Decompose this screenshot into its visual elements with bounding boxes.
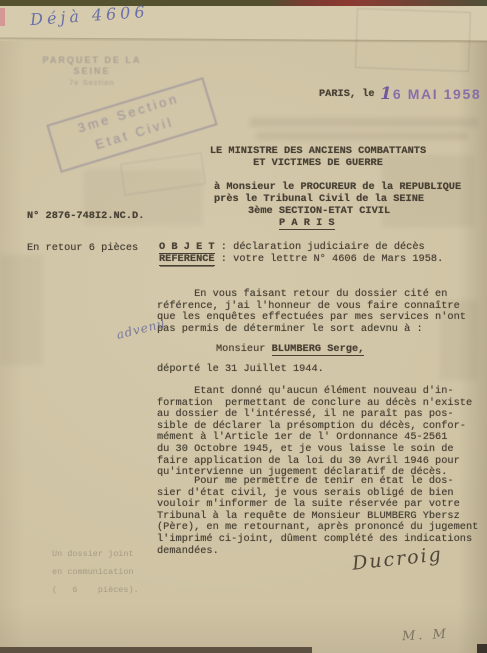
addressee-line4: P A R I S: [279, 218, 335, 230]
subject-prefix: Monsieur: [216, 343, 272, 355]
deportation-line: déporté le 31 Juillet 1944.: [157, 364, 324, 376]
parquet-stamp-line1: PARQUET DE LA SEINE: [43, 55, 142, 76]
dossier-joint-note: Un dossier joint en communication ( 6 pi…: [52, 545, 139, 599]
faint-stamp-box: [355, 8, 471, 72]
ministry-heading-line2: ET VICTIMES DE GUERRE: [200, 158, 436, 170]
scanned-letter: Déjà 4606 PARQUET DE LA SEINE 7e Section…: [0, 0, 487, 653]
handwritten-date-digit: 1: [380, 84, 392, 104]
addressee-line3: 3ème SECTION-ETAT CIVIL: [248, 206, 390, 218]
parquet-stamp-line2: 7e Section: [69, 78, 114, 87]
subject-name-line: Monsieur BLUMBERG Serge,: [216, 344, 364, 356]
date-stamp: 6 MAI 1958: [393, 86, 481, 102]
paris-underlined: P A R I S: [279, 217, 335, 230]
file-number: N° 2876-748I2.NC.D.: [27, 211, 144, 223]
handwritten-initials: M. M: [402, 627, 450, 644]
scan-corner-artifact: [477, 644, 487, 653]
objet-line: O B J E T : déclaration judiciaire de dé…: [159, 242, 425, 254]
objet-value: : déclaration judiciaire de décès: [215, 241, 425, 253]
bleed-through-smudge: [250, 118, 478, 127]
scan-bottom-edge-band: [0, 647, 312, 653]
reference-line: REFERENCE : votre lettre N° 4606 de Mars…: [159, 254, 443, 266]
scan-edge-artifact: [0, 8, 5, 26]
parquet-de-la-seine-stamp: PARQUET DE LA SEINE 7e Section: [42, 55, 142, 88]
bleed-through-smudge: [256, 132, 468, 140]
enclosures-note: En retour 6 pièces: [27, 243, 138, 255]
reference-value: : votre lettre N° 4606 de Mars 1958.: [215, 253, 444, 265]
body-paragraph-1: En vous faisant retour du dossier cité e…: [157, 289, 466, 335]
addressee-line1: à Monsieur le PROCUREUR de la REPUBLIQUE: [214, 182, 461, 194]
reference-label: REFERENCE: [159, 253, 215, 266]
date-stamp-line: 16 MAI 1958: [380, 84, 481, 104]
bleed-through-smudge: [0, 255, 42, 365]
place-line: PARIS, le: [319, 89, 375, 101]
body-paragraph-2: Etant donné qu'aucun élément nouveau d'i…: [157, 386, 472, 479]
ministry-heading-line1: LE MINISTRE DES ANCIENS COMBATTANTS: [200, 146, 436, 158]
subject-name: BLUMBERG Serge,: [272, 343, 365, 356]
addressee-line2: près le Tribunal Civil de la SEINE: [214, 194, 424, 206]
